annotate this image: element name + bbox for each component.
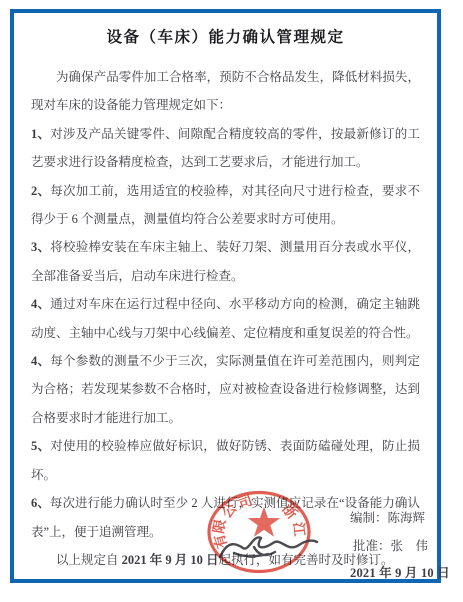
item-number: 6、	[31, 496, 50, 510]
signature-date: 2021 年 9 月 10 日	[350, 560, 460, 588]
approved-by-line: 批准：张 伟	[350, 533, 460, 561]
signature-block: 编制：陈海辉 批准：张 伟 2021 年 9 月 10 日	[350, 505, 460, 588]
document-title: 设备（车床）能力确认管理规定	[31, 27, 420, 49]
regulation-item-5: 5、对使用的校验棒应做好标识，做好防锈、表面防磕碰处理，防止损坏。	[31, 432, 420, 489]
prepared-label: 编制：	[350, 511, 388, 525]
regulation-item-3: 3、将校验棒安装在车床主轴上、装好刀架、测量用百分表或水平仪，全部准备妥当后，启…	[31, 233, 420, 290]
document-body: 设备（车床）能力确认管理规定 为确保产品零件加工合格率，预防不合格品发生，降低材…	[31, 23, 420, 579]
item-text: 对涉及产品关键零件、间隙配合精度较高的零件，按最新修订的工艺要求进行设备精度检查…	[31, 127, 420, 169]
item-number: 4、	[31, 354, 50, 368]
item-number: 4、	[31, 297, 50, 311]
regulation-item-4b: 4、每个参数的测量不少于三次，实际测量值在许可差范围内，则判定为合格；若发现某参…	[31, 347, 420, 432]
document-border-frame: 设备（车床）能力确认管理规定 为确保产品零件加工合格率，预防不合格品发生，降低材…	[10, 9, 441, 583]
item-number: 5、	[31, 439, 50, 453]
item-number: 3、	[31, 240, 50, 254]
item-text: 每次加工前，选用适宜的校验棒，对其径向尺寸进行检查，要求不得少于 6 个测量点，…	[31, 184, 420, 226]
item-number: 2、	[31, 184, 50, 198]
intro-paragraph: 为确保产品零件加工合格率，预防不合格品发生，降低材料损失，现对车床的设备能力管理…	[31, 63, 420, 120]
approved-name: 张 伟	[391, 539, 429, 553]
regulation-item-1: 1、对涉及产品关键零件、间隙配合精度较高的零件，按最新修订的工艺要求进行设备精度…	[31, 120, 420, 177]
item-text: 通过对车床在运行过程中径向、水平移动方向的检测，确定主轴跳动度、主轴中心线与刀架…	[31, 297, 420, 339]
item-text: 每个参数的测量不少于三次，实际测量值在许可差范围内，则判定为合格；若发现某参数不…	[31, 354, 420, 425]
item-text: 对使用的校验棒应做好标识，做好防锈、表面防磕碰处理，防止损坏。	[31, 439, 420, 481]
regulation-item-2: 2、每次加工前，选用适宜的校验棒，对其径向尺寸进行检查，要求不得少于 6 个测量…	[31, 177, 420, 234]
item-number: 1、	[31, 127, 50, 141]
prepared-name: 陈海辉	[388, 511, 426, 525]
regulation-item-4: 4、通过对车床在运行过程中径向、水平移动方向的检测，确定主轴跳动度、主轴中心线与…	[31, 290, 420, 347]
approved-label: 批准：	[353, 539, 391, 553]
closing-prefix: 以上规定自	[56, 553, 122, 567]
item-text: 将校验棒安装在车床主轴上、装好刀架、测量用百分表或水平仪，全部准备妥当后，启动车…	[31, 240, 420, 282]
effective-date: 2021 年 9 月 10 日	[122, 553, 219, 567]
prepared-by-line: 编制：陈海辉	[350, 505, 460, 533]
